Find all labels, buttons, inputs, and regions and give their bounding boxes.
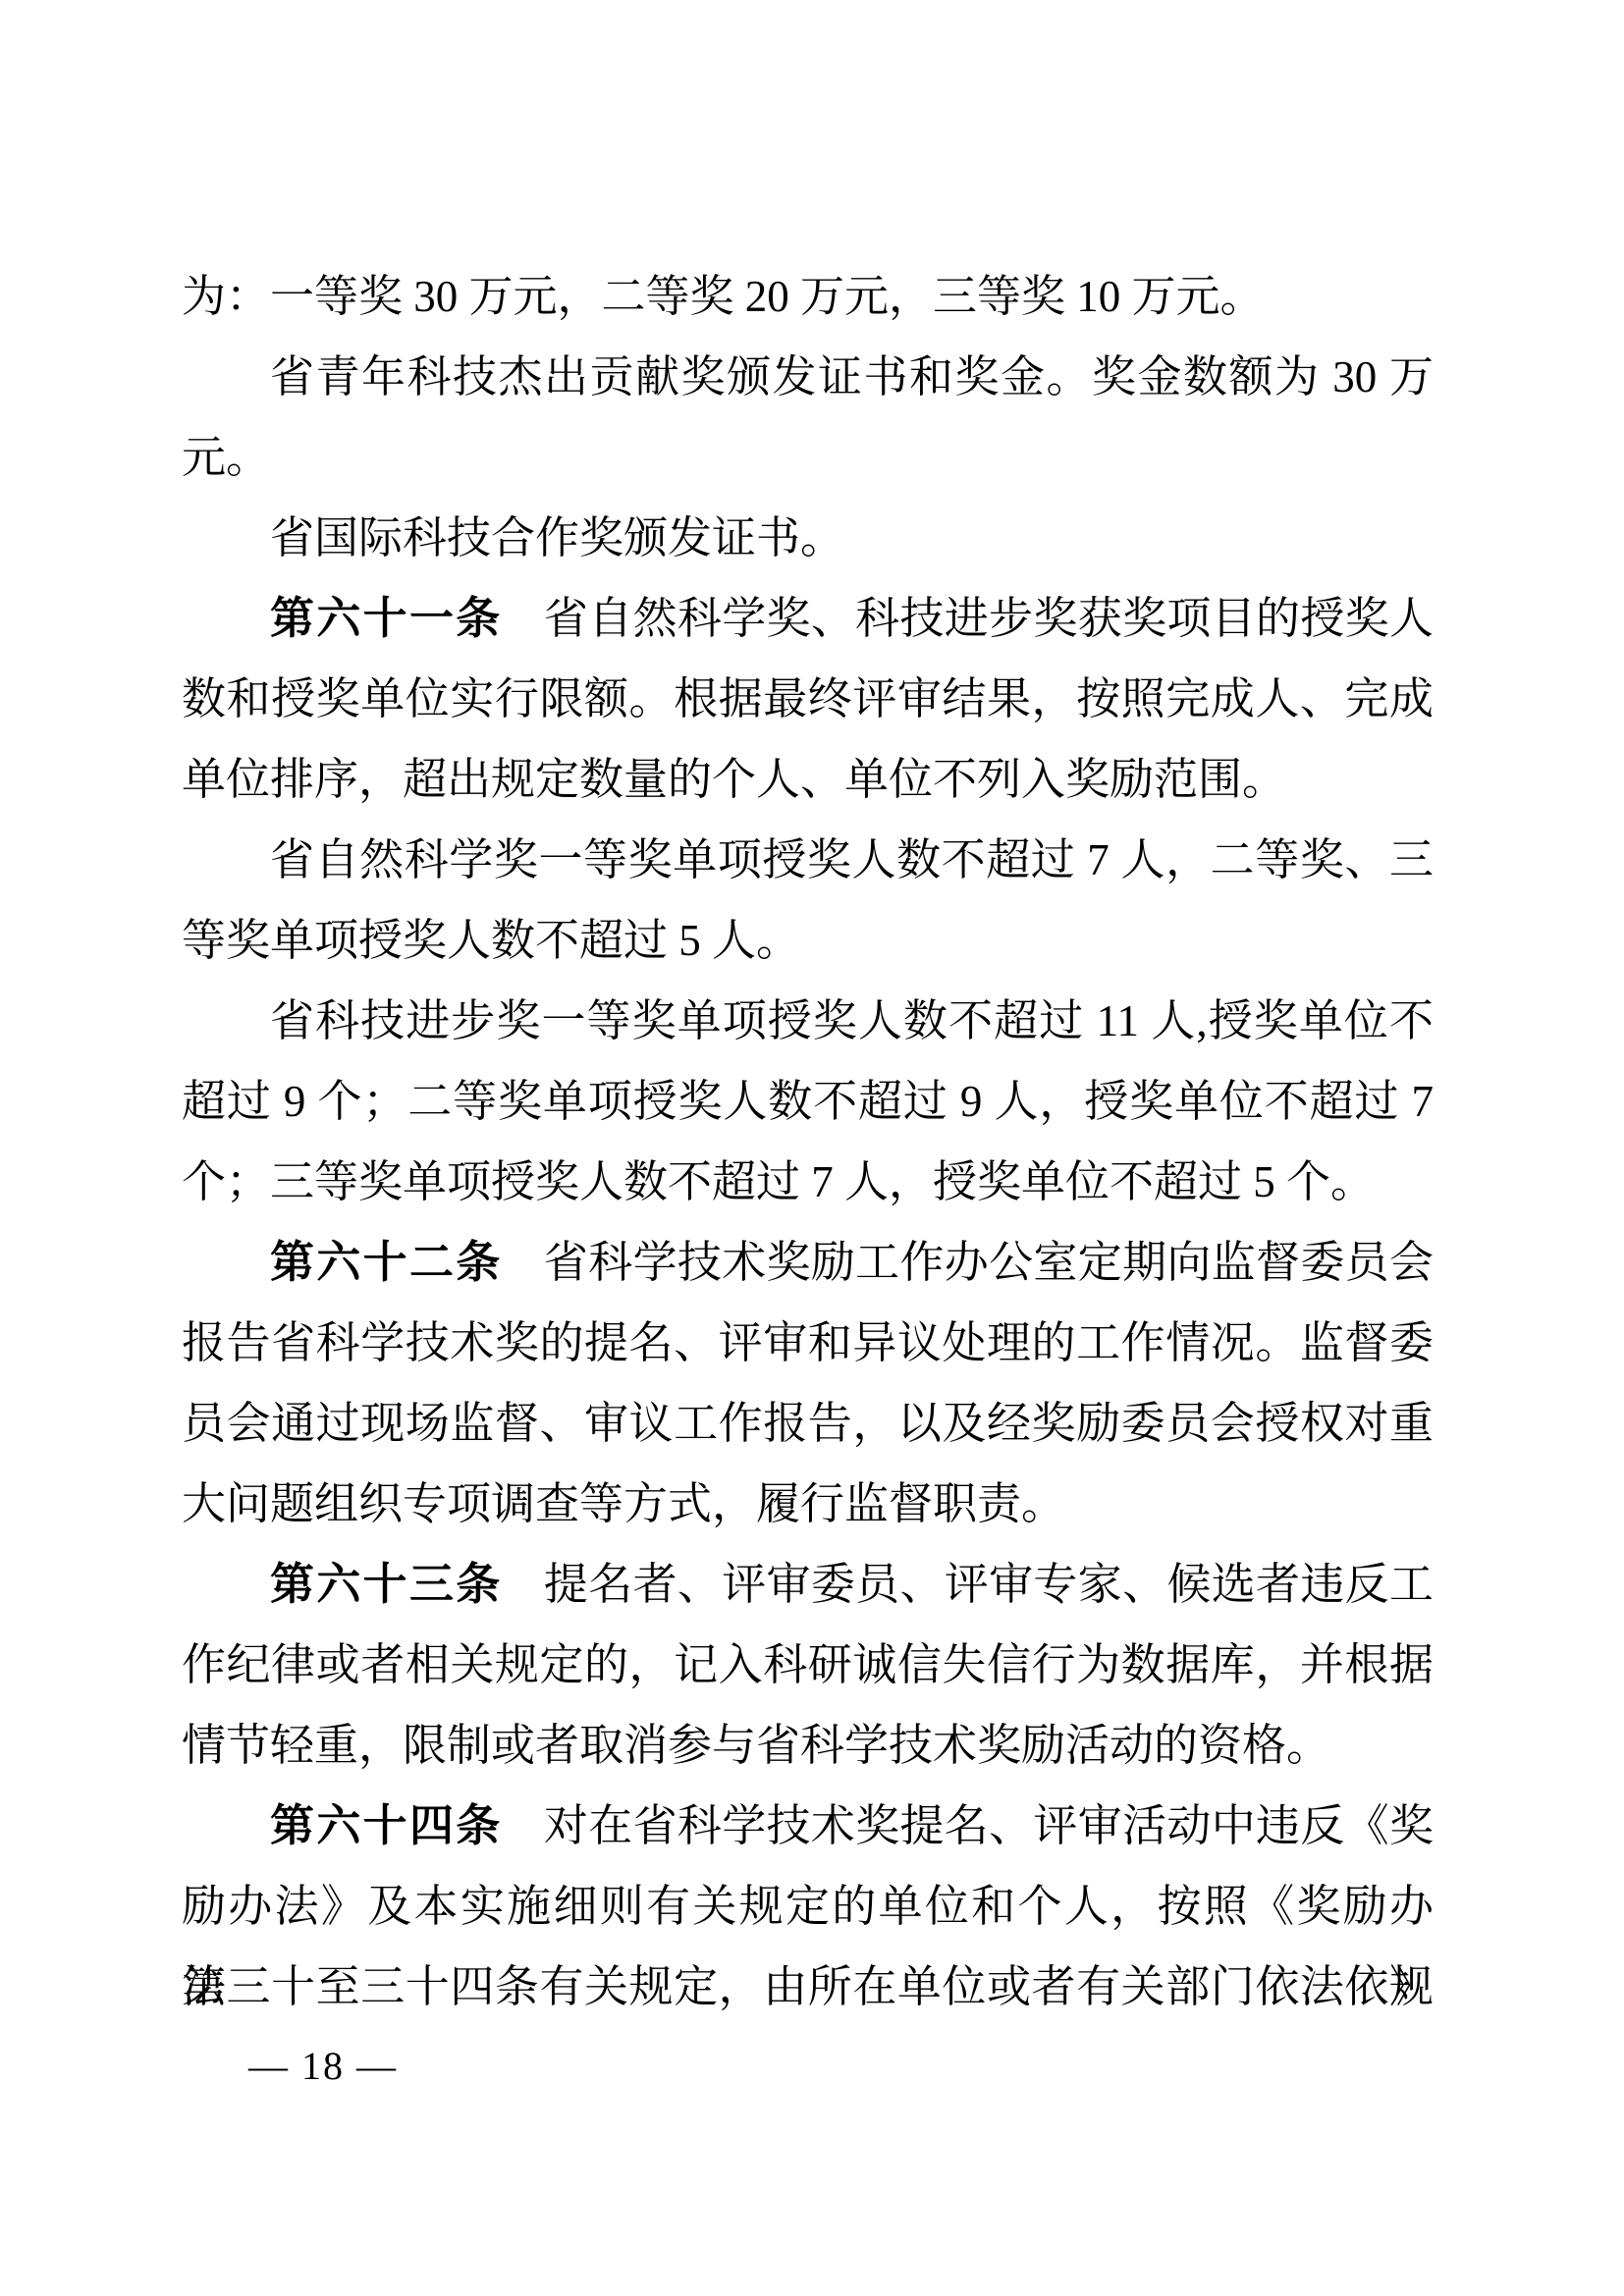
text-line: 省青年科技杰出贡献奖颁发证书和奖金。奖金数额为 30 万 [182, 337, 1434, 417]
line-text: 数和授奖单位实行限额。根据最终评审结果，按照完成人、完成 [182, 674, 1434, 723]
line-text: 情节轻重，限制或者取消参与省科学技术奖励活动的资格。 [182, 1721, 1330, 1770]
line-text: 大问题组织专项调查等方式，履行监督职责。 [182, 1479, 1065, 1528]
line-text: 省自然科学奖一等奖单项授奖人数不超过 7 人，二等奖、三 [270, 835, 1434, 884]
text-line: 员会通过现场监督、审议工作报告，以及经奖励委员会授权对重 [182, 1383, 1434, 1464]
text-line: 作纪律或者相关规定的，记入科研诚信失信行为数据库，并根据 [182, 1625, 1434, 1705]
article-number: 第六十二条 [270, 1237, 503, 1287]
text-line: 等奖单项授奖人数不超过 5 人。 [182, 900, 1434, 981]
document-page: 为：一等奖 30 万元，二等奖 20 万元，三等奖 10 万元。省青年科技杰出贡… [0, 0, 1624, 2296]
text-line: 第三十至三十四条有关规定，由所在单位或者有关部门依法依规 [182, 1947, 1434, 2027]
text-line: 为：一等奖 30 万元，二等奖 20 万元，三等奖 10 万元。 [182, 256, 1434, 337]
text-line: 超过 9 个；二等奖单项授奖人数不超过 9 人，授奖单位不超过 7 [182, 1061, 1434, 1142]
article-number: 第六十三条 [270, 1559, 503, 1609]
text-line: 省自然科学奖一等奖单项授奖人数不超过 7 人，二等奖、三 [182, 820, 1434, 900]
text-line: 励办法》及本实施细则有关规定的单位和个人，按照《奖励办法》 [182, 1866, 1434, 1947]
text-line: 元。 [182, 417, 1434, 498]
text-line: 报告省科学技术奖的提名、评审和异议处理的工作情况。监督委 [182, 1303, 1434, 1383]
text-line: 省科技进步奖一等奖单项授奖人数不超过 11 人,授奖单位不 [182, 981, 1434, 1061]
line-text: 元。 [182, 433, 270, 482]
page-footer: — 18 — [248, 2045, 398, 2088]
line-text: 省自然科学奖、科技进步奖获奖项目的授奖人 [544, 594, 1434, 643]
line-text: 省科学技术奖励工作办公室定期向监督委员会 [544, 1238, 1434, 1287]
page-number: — 18 — [248, 2044, 398, 2088]
text-line: 第六十一条省自然科学奖、科技进步奖获奖项目的授奖人 [182, 578, 1434, 659]
text-line: 省国际科技合作奖颁发证书。 [182, 498, 1434, 578]
text-line: 情节轻重，限制或者取消参与省科学技术奖励活动的资格。 [182, 1705, 1434, 1786]
line-text: 第三十至三十四条有关规定，由所在单位或者有关部门依法依规 [182, 1962, 1434, 2011]
text-line: 单位排序，超出规定数量的个人、单位不列入奖励范围。 [182, 739, 1434, 820]
text-line: 第六十二条省科学技术奖励工作办公室定期向监督委员会 [182, 1222, 1434, 1303]
line-text: 单位排序，超出规定数量的个人、单位不列入奖励范围。 [182, 755, 1286, 804]
text-line: 个；三等奖单项授奖人数不超过 7 人，授奖单位不超过 5 个。 [182, 1142, 1434, 1222]
line-text: 省青年科技杰出贡献奖颁发证书和奖金。奖金数额为 30 万 [270, 352, 1434, 401]
line-text: 员会通过现场监督、审议工作报告，以及经奖励委员会授权对重 [182, 1399, 1434, 1448]
text-line: 第六十四条对在省科学技术奖提名、评审活动中违反《奖 [182, 1786, 1434, 1866]
line-text: 作纪律或者相关规定的，记入科研诚信失信行为数据库，并根据 [182, 1640, 1434, 1689]
text-line: 大问题组织专项调查等方式，履行监督职责。 [182, 1464, 1434, 1544]
line-text: 提名者、评审委员、评审专家、候选者违反工 [544, 1560, 1434, 1609]
line-text: 报告省科学技术奖的提名、评审和异议处理的工作情况。监督委 [182, 1318, 1434, 1367]
article-number: 第六十一条 [270, 593, 503, 643]
line-text: 对在省科学技术奖提名、评审活动中违反《奖 [544, 1801, 1434, 1850]
line-text: 个；三等奖单项授奖人数不超过 7 人，授奖单位不超过 5 个。 [182, 1157, 1375, 1206]
text-line: 第六十三条提名者、评审委员、评审专家、候选者违反工 [182, 1544, 1434, 1625]
article-number: 第六十四条 [270, 1800, 503, 1850]
document-body: 为：一等奖 30 万元，二等奖 20 万元，三等奖 10 万元。省青年科技杰出贡… [182, 256, 1434, 2027]
line-text: 等奖单项授奖人数不超过 5 人。 [182, 916, 800, 965]
text-line: 数和授奖单位实行限额。根据最终评审结果，按照完成人、完成 [182, 659, 1434, 739]
line-text: 省国际科技合作奖颁发证书。 [270, 513, 844, 562]
line-text: 超过 9 个；二等奖单项授奖人数不超过 9 人，授奖单位不超过 7 [182, 1077, 1434, 1126]
line-text: 省科技进步奖一等奖单项授奖人数不超过 11 人,授奖单位不 [270, 996, 1434, 1045]
line-text: 为：一等奖 30 万元，二等奖 20 万元，三等奖 10 万元。 [182, 272, 1265, 321]
